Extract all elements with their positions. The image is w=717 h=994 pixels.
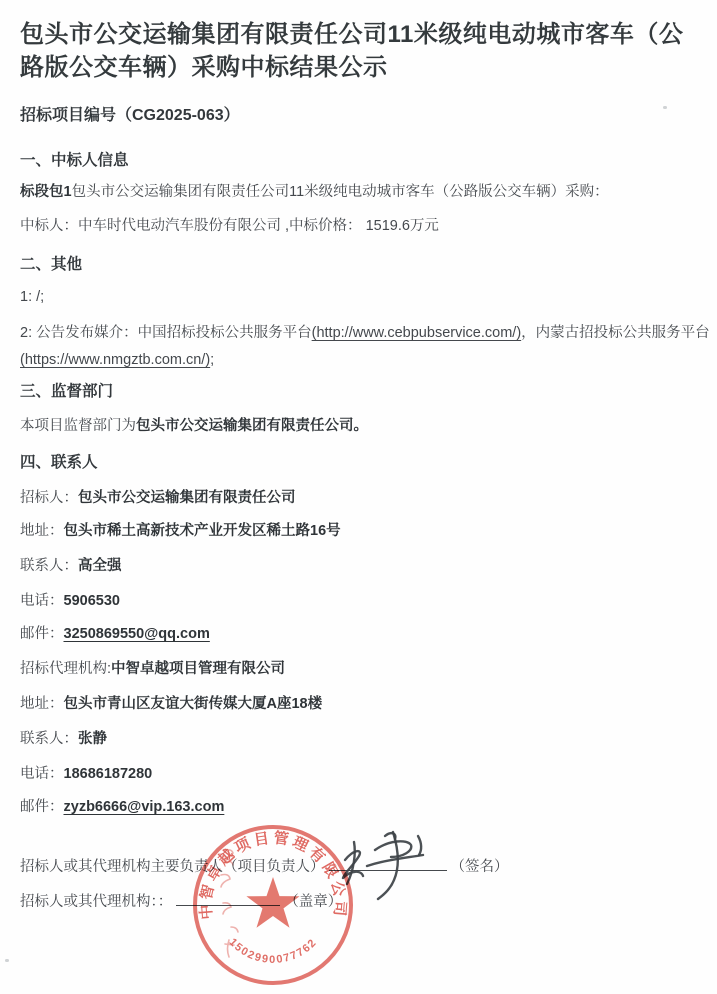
field-label: 招标人： — [20, 490, 78, 506]
package-text: 包头市公交运输集团有限责任公司11米级纯电动城市客车（公路版公交车辆）采购： — [72, 184, 609, 200]
document-page: 包头市公交运输集团有限责任公司11米级纯电动城市客车（公路版公交车辆）采购中标结… — [0, 0, 717, 994]
field-value: 包头市青山区友谊大街传媒大厦A座18楼 — [64, 696, 323, 712]
other-item-2: 2: 公告发布媒介：中国招标投标公共服务平台(http://www.cebpub… — [20, 320, 710, 374]
field-label: 地址： — [20, 523, 64, 539]
contact-row-bidder-phone: 电话：5906530 — [20, 591, 120, 611]
package-line: 标段包1包头市公交运输集团有限责任公司11米级纯电动城市客车（公路版公交车辆）采… — [20, 182, 609, 202]
field-label: 邮件： — [20, 799, 64, 815]
field-label: 电话： — [20, 766, 64, 782]
signature-stroke — [378, 832, 398, 899]
supervision-prefix: 本项目监督部门为 — [20, 418, 136, 434]
scan-speck — [663, 106, 667, 109]
contact-row-agency-phone: 电话：18686187280 — [20, 764, 152, 784]
supervision-line: 本项目监督部门为包头市公交运输集团有限责任公司。 — [20, 416, 368, 436]
contact-row-bidder-address: 地址：包头市稀土高新技术产业开发区稀土路16号 — [20, 521, 341, 541]
contact-row-agency-address: 地址：包头市青山区友谊大街传媒大厦A座18楼 — [20, 694, 322, 714]
field-label: 电话： — [20, 593, 64, 609]
other-item-1: 1: /; — [20, 287, 44, 307]
link-nmgztb[interactable]: (https://www.nmgztb.com.cn/) — [20, 352, 210, 368]
contact-row-agency-email: 邮件：zyzb6666@vip.163.com — [20, 797, 224, 817]
contact-row-bidder-person: 联系人：高全强 — [20, 556, 122, 576]
signature-stroke — [375, 841, 411, 857]
field-value: 包头市公交运输集团有限责任公司 — [78, 490, 296, 506]
bidder-email-link[interactable]: 3250869550@qq.com — [64, 626, 210, 642]
field-value: 高全强 — [78, 558, 122, 574]
contact-row-bidder: 招标人：包头市公交运输集团有限责任公司 — [20, 488, 296, 508]
contact-row-agency: 招标代理机构:中智卓越项目管理有限公司 — [20, 659, 285, 679]
link-cebpubservice[interactable]: (http://www.cebpubservice.com/) — [312, 325, 522, 341]
media-text-suffix: ; — [210, 352, 214, 368]
section-heading-contacts: 四、联系人 — [20, 453, 98, 473]
media-text-prefix: 2: 公告发布媒介：中国招标投标公共服务平台 — [20, 325, 312, 341]
signature-stroke — [418, 836, 421, 855]
field-value: 18686187280 — [64, 766, 153, 782]
seal-star — [246, 877, 299, 928]
media-text-middle: ，内蒙古招投标公共服务平台 — [521, 325, 710, 341]
agency-email-link[interactable]: zyzb6666@vip.163.com — [64, 799, 225, 815]
scan-speck — [5, 959, 9, 962]
field-value: 张静 — [78, 731, 107, 747]
sign-suffix: （签名） — [451, 859, 509, 875]
package-label: 标段包1 — [20, 184, 72, 200]
field-label: 联系人： — [20, 731, 78, 747]
field-label: 招标代理机构: — [20, 661, 111, 677]
agency-label: 招标人或其代理机构：： — [20, 894, 172, 910]
section-heading-winner-info: 一、中标人信息 — [20, 151, 129, 171]
winner-line: 中标人：中车时代电动汽车股份有限公司 ,中标价格： 1519.6万元 — [20, 216, 439, 236]
contact-row-agency-person: 联系人：张静 — [20, 729, 107, 749]
field-value: 中智卓越项目管理有限公司 — [111, 661, 285, 677]
contact-row-bidder-email: 邮件：3250869550@qq.com — [20, 624, 210, 644]
field-label: 邮件： — [20, 626, 64, 642]
page-title: 包头市公交运输集团有限责任公司11米级纯电动城市客车（公路版公交车辆）采购中标结… — [20, 18, 698, 84]
company-seal: 中智卓越项目管理有限公司 1502990077762 — [187, 815, 359, 991]
seal-ink-mark — [223, 903, 231, 914]
field-label: 联系人： — [20, 558, 78, 574]
section-heading-supervision: 三、监督部门 — [20, 382, 113, 402]
field-label: 地址： — [20, 696, 64, 712]
field-value: 包头市稀土高新技术产业开发区稀土路16号 — [64, 523, 341, 539]
project-number: 招标项目编号（CG2025-063） — [20, 106, 240, 126]
seal-number-text: 1502990077762 — [227, 936, 320, 966]
field-value: 5906530 — [64, 593, 120, 609]
section-heading-other: 二、其他 — [20, 255, 82, 275]
supervision-department: 包头市公交运输集团有限责任公司。 — [136, 418, 368, 434]
